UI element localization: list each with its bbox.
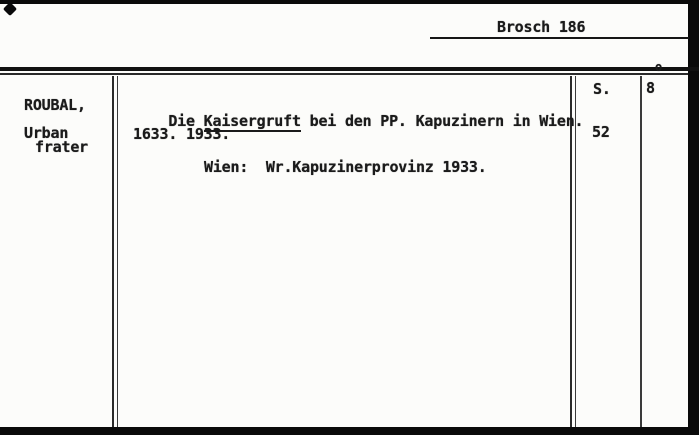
shelfmark-label: Brosch 186 [497, 19, 585, 35]
scan-right-edge [688, 0, 699, 435]
imprint-line: Wien: Wr.Kapuzinerprovinz 1933. [204, 159, 487, 175]
card-top-rule-thick [0, 67, 699, 71]
title-rest: bei den PP. Kapuzinern in Wien. [301, 112, 584, 130]
shelfmark-underline [430, 37, 689, 39]
years-line: 1633. 1933. [133, 126, 230, 142]
divider-format-column [640, 76, 642, 427]
scan-bottom-edge [0, 427, 699, 435]
divider-heading-column [112, 76, 118, 427]
card-top-rule-thin [0, 73, 688, 75]
punch-hole-mark [3, 2, 17, 16]
author-surname: ROUBAL, [24, 97, 86, 113]
pages-column-header: S. [593, 81, 611, 97]
pages-count: 52 [592, 124, 610, 140]
scan-top-edge [0, 0, 699, 4]
format-value: 8 [646, 80, 655, 96]
format-degree-mark: o [655, 61, 662, 73]
catalog-card-scan: Brosch 186 ROUBAL, Urban frater Die Kais… [0, 0, 699, 435]
author-epithet: frater [35, 139, 88, 155]
